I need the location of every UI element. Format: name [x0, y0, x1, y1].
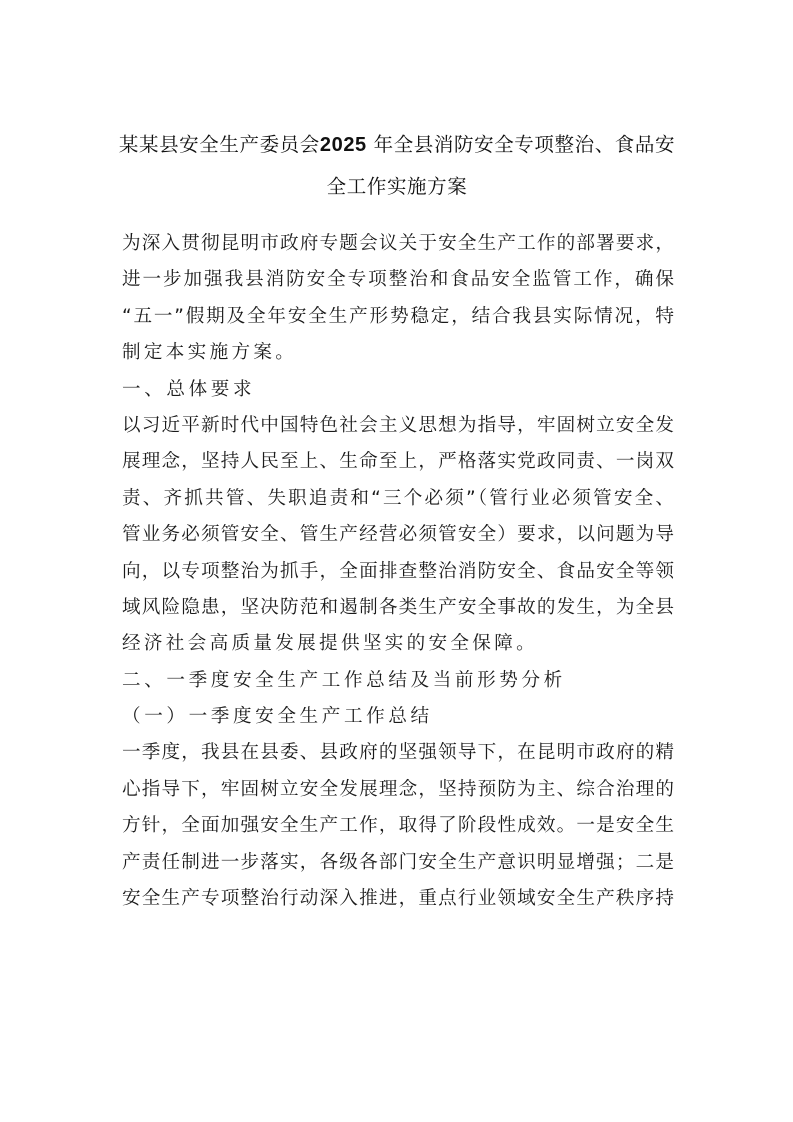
title-line-1: 某某县安全生产委员会2025 年全县消防安全专项整治、食品安	[112, 124, 682, 166]
body-line: 心指导下，牢固树立安全发展理念，坚持预防为主、综合治理的	[122, 772, 674, 808]
body-line: 进一步加强我县消防安全专项整治和食品安全监管工作，确保	[122, 262, 674, 298]
body-line: 一季度，我县在县委、县政府的坚强领导下，在昆明市政府的精	[122, 735, 674, 771]
subsection-heading: （一）一季度安全生产工作总结	[122, 699, 674, 735]
section-heading: 二、一季度安全生产工作总结及当前形势分析	[122, 663, 674, 699]
body-line: 制定本实施方案。	[122, 335, 674, 371]
title-year: 2025	[320, 134, 367, 156]
body-line: 经济社会高质量发展提供坚实的安全保障。	[122, 626, 674, 662]
title-line-1-prefix: 某某县安全生产委员会	[119, 133, 320, 156]
body-line: 管业务必须管安全、管生产经营必须管安全）要求，以问题为导	[122, 517, 674, 553]
document-title: 某某县安全生产委员会2025 年全县消防安全专项整治、食品安 全工作实施方案	[112, 124, 682, 207]
title-line-2: 全工作实施方案	[112, 166, 682, 207]
body-line: 以习近平新时代中国特色社会主义思想为指导，牢固树立安全发	[122, 408, 674, 444]
body-line: 域风险隐患，坚决防范和遏制各类生产安全事故的发生，为全县	[122, 590, 674, 626]
section-heading: 一、总体要求	[122, 372, 674, 408]
body-line: 方针，全面加强安全生产工作，取得了阶段性成效。一是安全生	[122, 808, 674, 844]
body-line: 产责任制进一步落实，各级各部门安全生产意识明显增强；二是	[122, 845, 674, 881]
document-page: 某某县安全生产委员会2025 年全县消防安全专项整治、食品安 全工作实施方案 为…	[0, 0, 793, 1122]
body-line: 责、齐抓共管、失职追责和“三个必须”（管行业必须管安全、	[122, 481, 674, 517]
body-line: 安全生产专项整治行动深入推进，重点行业领域安全生产秩序持	[122, 881, 674, 917]
body-line: 向，以专项整治为抓手，全面排查整治消防安全、食品安全等领	[122, 554, 674, 590]
title-line-1-suffix: 年全县消防安全专项整治、食品安	[367, 133, 675, 156]
body-line: 为深入贯彻昆明市政府专题会议关于安全生产工作的部署要求，	[122, 226, 674, 262]
document-body: 为深入贯彻昆明市政府专题会议关于安全生产工作的部署要求， 进一步加强我县消防安全…	[122, 226, 674, 917]
body-line: 展理念，坚持人民至上、生命至上，严格落实党政同责、一岗双	[122, 444, 674, 480]
body-line: “五一”假期及全年安全生产形势稳定，结合我县实际情况，特	[122, 299, 674, 335]
